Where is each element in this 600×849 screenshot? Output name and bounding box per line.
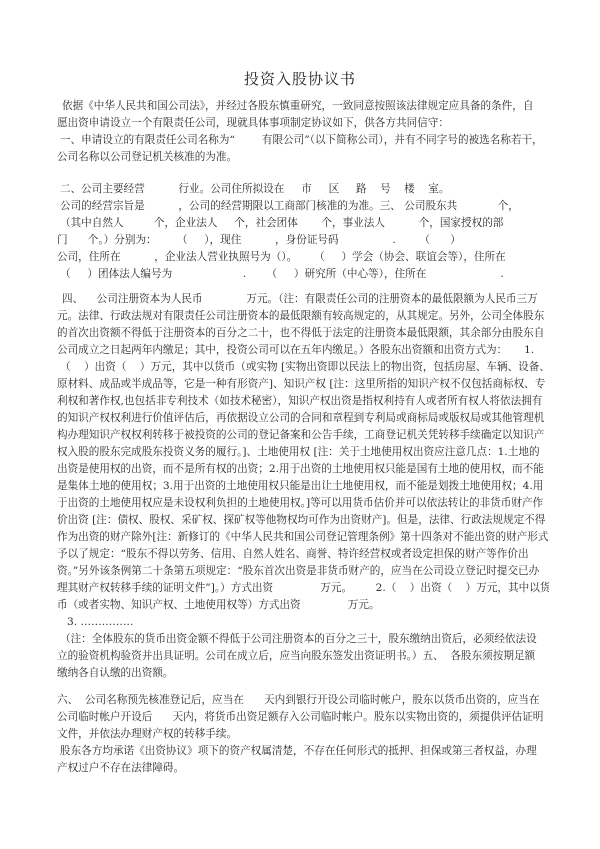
document-text-line: 文件，并依法办理财产权的转移手续。 (57, 727, 549, 741)
document-text-line: 3. …………… (67, 615, 559, 629)
document-text-line: 公司的经营宗旨是 ，公司的经营期限以工商部门核准的为准。三、 公司股东共 个， (60, 199, 552, 213)
document-text-line: 资。”另外该条例第二十条第五项规定：“股东首次出资是非货币财产的，应当在公司设立… (57, 564, 549, 578)
document-text-line: 的首次出资额不得低于注册资本的百分之二十，也不得低于法定的注册资本最低限额，其余… (57, 326, 549, 340)
document-text-line: 公司名称以公司登记机关核准的为准。 (57, 150, 549, 164)
document-text-line: 币（或者实物、知识产权、土地使用权等）方式出资 万元。 (57, 598, 549, 612)
document-text-line: 构办理知识产权权利转移于被投资的公司的登记备案和公告手续，工商登记机关凭转移手续… (57, 428, 549, 442)
document-text-line: （注：全体股东的货币出资金额不得低于公司注册资本的百分之三十，股东缴纳出资后，必… (60, 632, 552, 646)
document-text-line: 价出资 [注：债权、股权、采矿权、探矿权等他物权均可作为出资财产]。但是，法律、… (57, 513, 549, 527)
document-text-line: 愿出资申请设立一个有限责任公司，现就具体事项制定协议如下，供各方共同信守： (57, 116, 549, 130)
document-text-line: 作为出资的财产除外[注：新修订的《中华人民共和国公司登记管理条例》第十四条对不能… (57, 530, 549, 544)
document-text-line: 门 个。）分别为： （ ），现住 ，身份证号码 . （ ） (57, 233, 549, 247)
document-text-line: 公司临时帐户开设后 天内，将货币出资足额存入公司临时帐户。股东以实物出资的，须提… (57, 710, 549, 724)
document-text-line: 的知识产权权利进行价值评估后，再依据设立公司的合同和章程到专利局或商标局或版权局… (57, 411, 549, 425)
document-text-line: 股东各方均承诺《出资协议》项下的资产权属清楚，不存在任何形式的抵押、担保或第三者… (60, 744, 552, 758)
document-text-line: 利权和著作权,也包括非专利技术（如技术秘密），知识产权出资是指权利持有人或者所有… (57, 394, 549, 408)
document-text-line: （ ）团体法人编号为 . （ ）研究所（中心等），住所在 . (60, 267, 552, 281)
document-text-line: 二、公司主要经营 行业。公司住所拟设在 市 区 路 号 楼 室。 (60, 182, 552, 196)
document-text-line: （ ）出资（ ）万元，其中以货币（或实物 [实物出资即以民法上的物出资，包括房屋… (60, 360, 552, 374)
document-text-line: 理其财产权转移手续的证明文件”]。）方式出资 万元。 2.（ ）出资（ ）万元，… (57, 581, 549, 595)
document-text-line: 公司成立之日起两年内缴足；其中，投资公司可以在五年内缴足。）各股东出资额和出资方… (57, 343, 549, 357)
document-text-line: 出资是使用权的出资，而不是所有权的出资；2.用于出资的土地使用权只能是国有土地的… (57, 462, 549, 476)
document-text-line: 依据《中华人民共和国公司法》，并经过各股东慎重研究，一致同意按照该法律规定应具备… (62, 99, 554, 113)
document-text-line: 缴纳各自认缴的出资额。 (57, 666, 549, 680)
document-text-line: 一、申请设立的有限责任公司名称为“ 有限公司”（以下简称公司），并有不同字号的被… (60, 133, 552, 147)
document-text-line: 是集体土地的使用权；3.用于出资的土地使用权只能是出让土地使用权，而不能是划拨土… (57, 479, 549, 493)
document-text-line: 立的验资机构验资并出具证明。公司在成立后，应当向股东签发出资证明书。）五、 各股… (57, 649, 549, 663)
document-title: 投资入股协议书 (0, 68, 600, 89)
document-text-line: 权入股的股东完成股东投资义务的履行。]、土地使用权 [注：关于土地使用权出资应注… (57, 445, 549, 459)
document-text-line: 予以了规定：“股东不得以劳务、信用、自然人姓名、商誉、特许经营权或者设定担保的财… (57, 547, 549, 561)
document-text-line: 产权过户不存在法律障碍。 (57, 761, 549, 775)
document-text-line: （其中自然人 个，企业法人 个，社会团体 个，事业法人 个，国家授权的部 (60, 216, 552, 230)
document-page: 投资入股协议书 依据《中华人民共和国公司法》，并经过各股东慎重研究，一致同意按照… (0, 0, 600, 849)
document-text-line: 于出资的土地使用权应是未设权利负担的土地使用权。]等可以用货币估价并可以依法转让… (57, 496, 549, 510)
document-text-line: 元。法律、行政法规对有限责任公司注册资本的最低限额有较高规定的，从其规定。另外，… (57, 309, 549, 323)
document-text-line: 公司，住所在 ，企业法人营业执照号为（）。 （ ）学会（协会、联谊会等），住所在 (57, 250, 549, 264)
document-text-line: 六、 公司名称预先核准登记后，应当在 天内到银行开设公司临时帐户，股东以货币出资… (57, 693, 549, 707)
document-text-line: 原材料、成品或半成品等，它是一种有形资产]、知识产权 [注：这里所指的知识产权不… (57, 377, 549, 391)
document-text-line: 四、 公司注册资本为人民币 万元。（注：有限责任公司的注册资本的最低限额为人民币… (62, 292, 554, 306)
